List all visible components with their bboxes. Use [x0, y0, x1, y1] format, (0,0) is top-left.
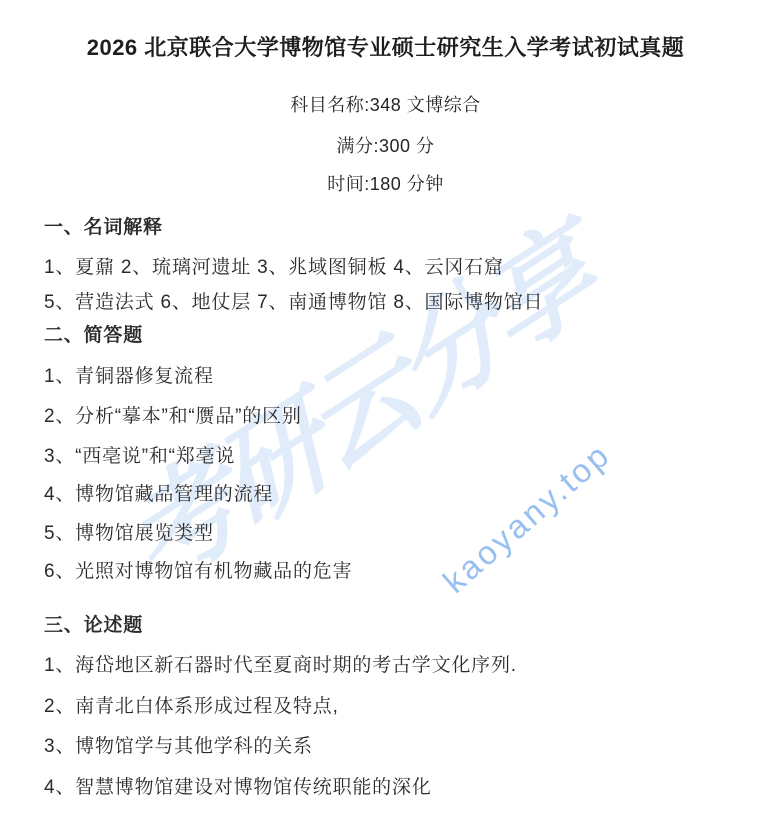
full-score-line: 满分:300 分	[0, 132, 771, 158]
section-heading-terms: 一、名词解释	[44, 212, 163, 239]
question-line: 2、分析“摹本”和“赝品”的区别	[44, 401, 302, 428]
question-line: 5、博物馆展览类型	[44, 518, 214, 545]
question-line: 2、南青北白体系形成过程及特点,	[44, 691, 339, 718]
subject-name-line: 科目名称:348 文博综合	[0, 91, 771, 117]
question-line: 1、夏鼐 2、琉璃河遗址 3、兆域图铜板 4、云冈石窟	[44, 252, 504, 279]
question-line: 1、青铜器修复流程	[44, 361, 214, 388]
exam-paper-page: 考研云分享 kaoyany.top 2026 北京联合大学博物馆专业硕士研究生入…	[0, 0, 771, 826]
question-line: 4、博物馆藏品管理的流程	[44, 479, 273, 506]
section-heading-short-answer: 二、简答题	[44, 320, 143, 347]
question-line: 4、智慧博物馆建设对博物馆传统职能的深化	[44, 772, 432, 799]
question-line: 6、光照对博物馆有机物藏品的危害	[44, 556, 352, 583]
page-title: 2026 北京联合大学博物馆专业硕士研究生入学考试初试真题	[0, 31, 771, 62]
question-line: 5、营造法式 6、地仗层 7、南通博物馆 8、国际博物馆日	[44, 287, 543, 314]
question-line: 3、“西亳说”和“郑亳说	[44, 441, 235, 468]
question-line: 3、博物馆学与其他学科的关系	[44, 731, 313, 758]
question-line: 1、海岱地区新石器时代至夏商时期的考古学文化序列.	[44, 650, 517, 677]
site-url-watermark: kaoyany.top	[416, 416, 639, 619]
duration-line: 时间:180 分钟	[0, 170, 771, 196]
section-heading-essay: 三、论述题	[44, 610, 143, 637]
